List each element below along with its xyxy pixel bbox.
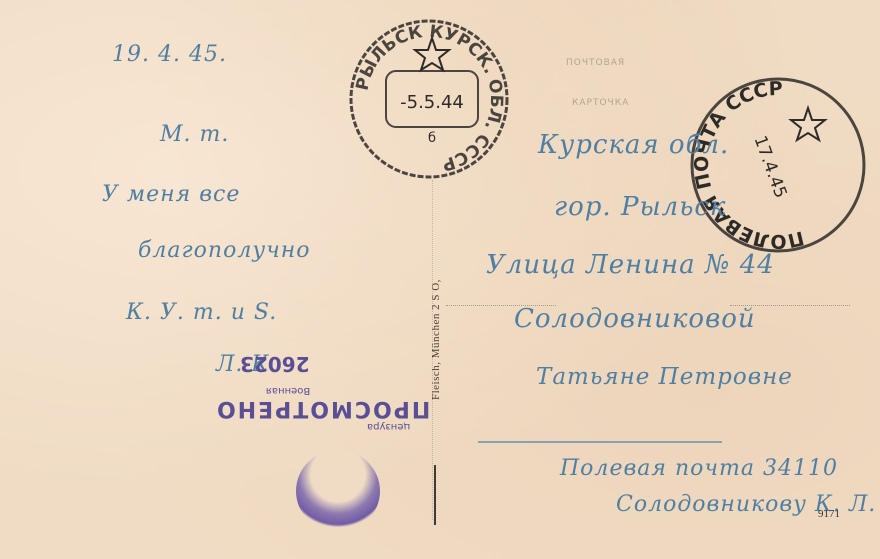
printer-credit: Fleisch, München 2 S O, (430, 279, 442, 400)
field-post-date: 17.4.45 (750, 133, 791, 201)
field-post-postmark: ПОЛЕВАЯ ПОЧТА СССР 17.4.45 (680, 72, 876, 258)
message-line-3: благополучно (138, 238, 311, 263)
address-line-1: Курская обл. (538, 130, 729, 160)
censor-number: 26023 (240, 352, 310, 376)
catalog-number: 9171 (818, 508, 840, 520)
address-line-2: гор. Рыльск (554, 192, 726, 222)
censor-sub-bottom: цензура (215, 421, 410, 432)
message-line-1: М. т. (160, 122, 229, 147)
censor-stamp: цензура ПРОСМОТРЕНО Военная (215, 385, 430, 432)
address-line-5: Татьяне Петровне (536, 364, 793, 390)
printer-rule (434, 465, 436, 525)
address-line-3: Улица Ленина № 44 (486, 250, 775, 280)
censor-sub-top: Военная (215, 385, 310, 396)
return-address-rule (478, 441, 722, 443)
message-date: 19. 4. 45. (112, 42, 227, 67)
rylsk-postmark: РЫЛЬСК КУРСК. ОБЛ. СССР -5.5.44 б (346, 16, 512, 182)
postcard: 19. 4. 45. М. т. У меня все благополучно… (0, 0, 880, 559)
message-line-2: У меня все (102, 182, 240, 207)
faded-print-1: ПОЧТОВАЯ (566, 58, 625, 68)
rylsk-date: -5.5.44 (400, 92, 464, 113)
address-line-4: Солодовниковой (514, 304, 756, 334)
return-address-line-1: Полевая почта 34110 (560, 456, 838, 481)
svg-text:б: б (428, 131, 436, 146)
faded-print-2: КАРТОЧКА (572, 98, 629, 108)
censor-text: ПРОСМОТРЕНО (215, 396, 430, 421)
message-line-4: К. У. т. и S. (126, 300, 277, 325)
ink-blot-stamp (296, 450, 380, 532)
